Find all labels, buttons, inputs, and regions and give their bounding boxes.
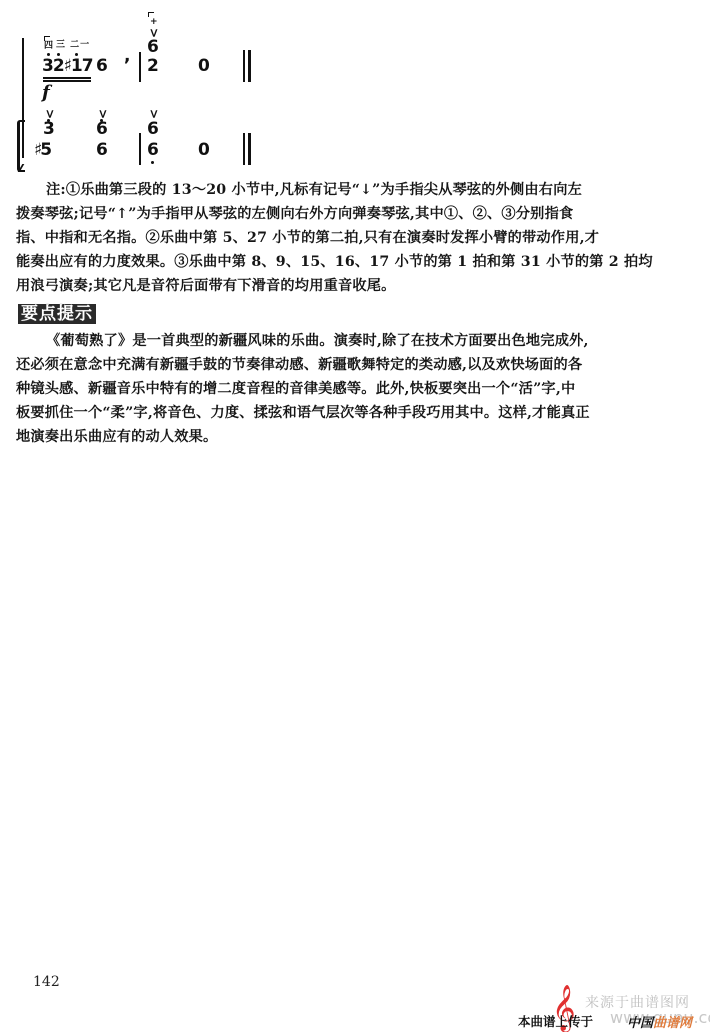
rest: 0 [198, 58, 210, 75]
accent-mark: > [97, 109, 109, 119]
tips-line: 还必须在意念中充满有新疆手鼓的节奏律动感、新疆歌舞特定的类动感,以及欢快场面的各 [16, 353, 696, 377]
watermark-brand: 中国曲谱网 [627, 1012, 692, 1031]
lower-col2-bottom: 6 [96, 142, 108, 159]
beam-line [43, 80, 91, 82]
final-barline-thick [248, 50, 251, 82]
run-notes: 32♯17 [42, 58, 93, 75]
lower-col1-bottom: ♯5 [34, 142, 50, 159]
notes-line: 用浪弓演奏;其它凡是音符后面带有下滑音的均用重音收尾。 [16, 274, 696, 298]
tips-line: 地演奏出乐曲应有的动人效果。 [16, 425, 696, 449]
section-title: 要点提示 [18, 304, 96, 324]
key-tips: 《葡萄熟了》是一首典型的新疆风味的乐曲。演奏时,除了在技术方面要出色地完成外, … [16, 329, 696, 449]
accent-mark: > [148, 109, 160, 119]
notes-line: 拨奏琴弦;记号“↑”为手指甲从琴弦的左侧向右外方向弹奏琴弦,其中①、②、③分别指… [16, 202, 696, 226]
notes-line: 能奏出应有的力度效果。③乐曲中第 8、9、15、16、17 小节的第 1 拍和第… [16, 250, 696, 274]
final-barline-thin [243, 133, 245, 165]
notes-line: 指、中指和无名指。②乐曲中第 5、27 小节的第二拍,只有在演奏时发挥小臂的带动… [16, 226, 696, 250]
lower-rest: 0 [198, 142, 210, 159]
watermark-upload-text: 本曲谱上传于 [518, 1012, 593, 1030]
beam-line [43, 77, 91, 79]
fingering-label: 四 [44, 42, 53, 51]
page-number: 142 [33, 974, 60, 990]
note-6: 6 [96, 58, 108, 75]
brand-part-a: 中国 [627, 1016, 653, 1031]
low-octave-dot [151, 161, 154, 164]
lower-col2-top: 6 [96, 121, 108, 138]
chord-top-note: 6 [147, 39, 159, 56]
barline [139, 133, 141, 165]
accent-mark: > [44, 109, 56, 119]
final-barline-thick [248, 133, 251, 165]
performance-notes: 注:①乐曲第三段的 13～20 小节中,凡标有记号“↓”为手指尖从琴弦的外侧由右… [16, 178, 696, 298]
lower-col3-top: 6 [147, 121, 159, 138]
lower-col3-bottom: 6 [147, 142, 159, 159]
breath-mark: , [124, 48, 130, 65]
position-marks: 三 二一 [56, 41, 90, 50]
dynamic-forte: f [42, 82, 50, 103]
tips-line: 《葡萄熟了》是一首典型的新疆风味的乐曲。演奏时,除了在技术方面要出色地完成外, [16, 329, 696, 353]
lower-col1-top: 3 [43, 121, 55, 138]
music-score: 四 三 二一 32♯17 6 , + > 6 2 0 f > > > 3 6 6… [0, 0, 300, 175]
barline [139, 52, 141, 82]
tips-line: 种镜头感、新疆音乐中特有的增二度音程的音律美感等。此外,快板要突出一个“活”字,… [16, 377, 696, 401]
final-barline-thin [243, 50, 245, 82]
notes-line: 注:①乐曲第三段的 13～20 小节中,凡标有记号“↓”为手指尖从琴弦的外侧由右… [16, 178, 696, 202]
tips-line: 板要抓住一个“柔”字,将音色、力度、揉弦和语气层次等各种手段巧用其中。这样,才能… [16, 401, 696, 425]
string-mark: + [150, 18, 158, 27]
brand-part-b: 曲谱网 [653, 1016, 692, 1031]
chord-bottom-note: 2 [147, 58, 159, 75]
